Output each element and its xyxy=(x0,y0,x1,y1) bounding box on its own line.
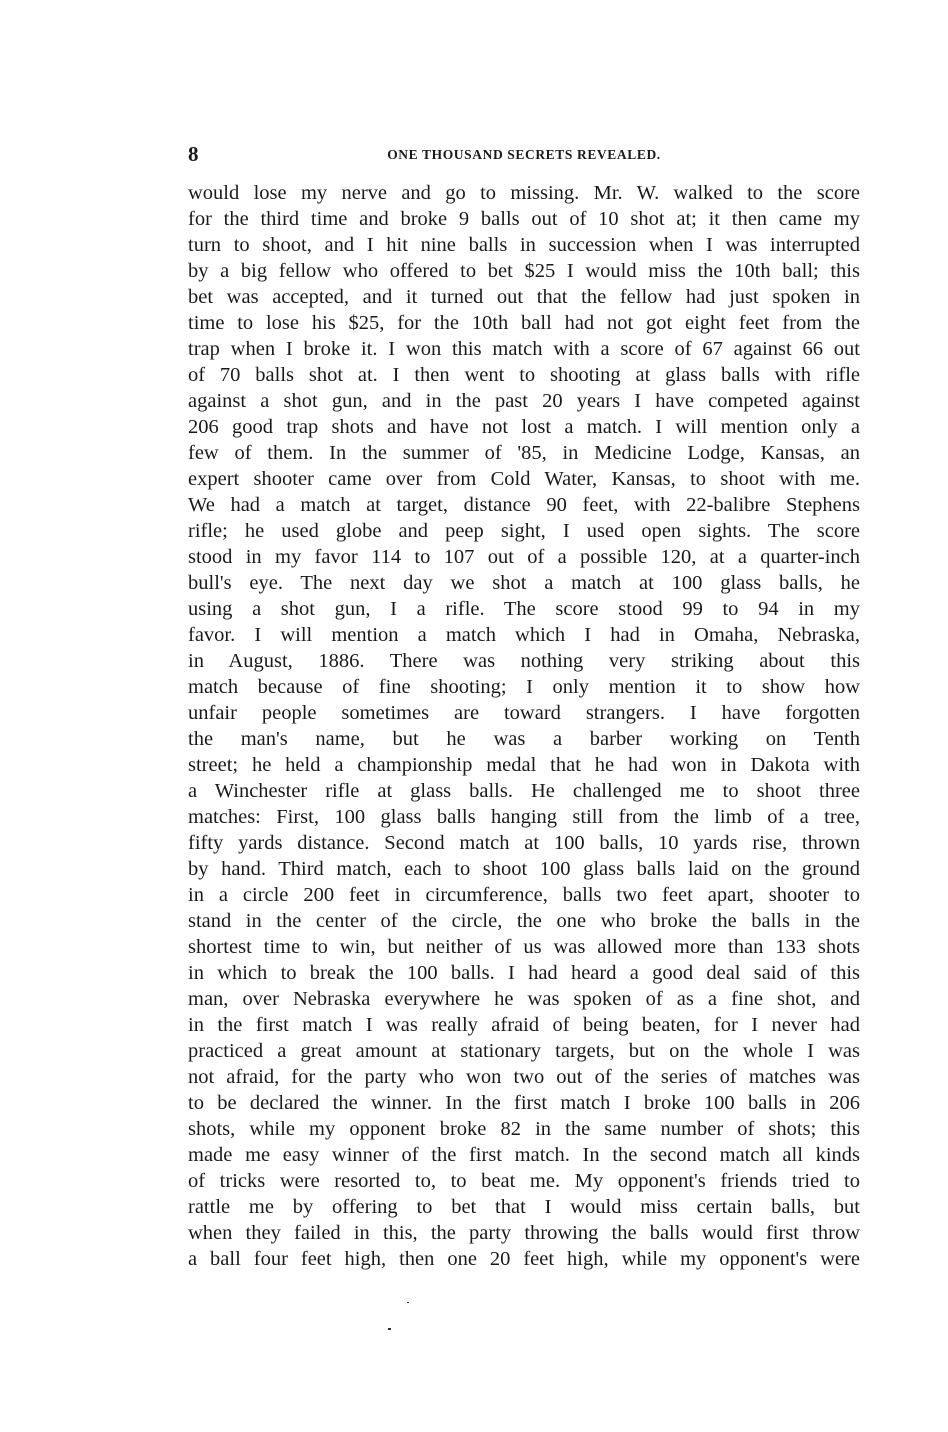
text-line: by hand. Third match, each to shoot 100 … xyxy=(188,856,860,882)
text-line: bet was accepted, and it turned out that… xyxy=(188,284,860,310)
text-line: shortest time to win, but neither of us … xyxy=(188,934,860,960)
text-line: in a circle 200 feet in circumference, b… xyxy=(188,882,860,908)
text-line: against a shot gun, and in the past 20 y… xyxy=(188,388,860,414)
text-line: would lose my nerve and go to missing. M… xyxy=(188,180,860,206)
text-line: using a shot gun, I a rifle. The score s… xyxy=(188,596,860,622)
text-line: when they failed in this, the party thro… xyxy=(188,1220,860,1246)
text-line: We had a match at target, distance 90 fe… xyxy=(188,492,860,518)
text-line: not afraid, for the party who won two ou… xyxy=(188,1064,860,1090)
text-line: bull's eye. The next day we shot a match… xyxy=(188,570,860,596)
text-line: rifle; he used globe and peep sight, I u… xyxy=(188,518,860,544)
text-line: in which to break the 100 balls. I had h… xyxy=(188,960,860,986)
text-line: fifty yards distance. Second match at 10… xyxy=(188,830,860,856)
text-line: of tricks were resorted to, to beat me. … xyxy=(188,1168,860,1194)
text-line: of 70 balls shot at. I then went to shoo… xyxy=(188,362,860,388)
text-line: stand in the center of the circle, the o… xyxy=(188,908,860,934)
text-line: street; he held a championship medal tha… xyxy=(188,752,860,778)
text-line: in the first match I was really afraid o… xyxy=(188,1012,860,1038)
text-line: a ball four feet high, then one 20 feet … xyxy=(188,1246,860,1272)
scan-speck xyxy=(388,1328,391,1330)
text-line: matches: First, 100 glass balls hanging … xyxy=(188,804,860,830)
text-line: trap when I broke it. I won this match w… xyxy=(188,336,860,362)
text-line: a Winchester rifle at glass balls. He ch… xyxy=(188,778,860,804)
text-line: stood in my favor 114 to 107 out of a po… xyxy=(188,544,860,570)
text-line: few of them. In the summer of '85, in Me… xyxy=(188,440,860,466)
text-line: time to lose his $25, for the 10th ball … xyxy=(188,310,860,336)
text-line: expert shooter came over from Cold Water… xyxy=(188,466,860,492)
text-line: turn to shoot, and I hit nine balls in s… xyxy=(188,232,860,258)
body-text: would lose my nerve and go to missing. M… xyxy=(188,180,860,1272)
text-line: unfair people sometimes are toward stran… xyxy=(188,700,860,726)
text-line: the man's name, but he was a barber work… xyxy=(188,726,860,752)
text-line: made me easy winner of the first match. … xyxy=(188,1142,860,1168)
scan-speck xyxy=(407,1302,409,1303)
text-line: for the third time and broke 9 balls out… xyxy=(188,206,860,232)
text-line: in August, 1886. There was nothing very … xyxy=(188,648,860,674)
text-line: by a big fellow who offered to bet $25 I… xyxy=(188,258,860,284)
text-line: practiced a great amount at stationary t… xyxy=(188,1038,860,1064)
text-line: to be declared the winner. In the first … xyxy=(188,1090,860,1116)
text-line: match because of fine shooting; I only m… xyxy=(188,674,860,700)
text-line: rattle me by offering to bet that I woul… xyxy=(188,1194,860,1220)
text-line: favor. I will mention a match which I ha… xyxy=(188,622,860,648)
text-line: shots, while my opponent broke 82 in the… xyxy=(188,1116,860,1142)
text-line: 206 good trap shots and have not lost a … xyxy=(188,414,860,440)
page-header: 8 ONE THOUSAND SECRETS REVEALED. xyxy=(188,142,860,166)
running-title: ONE THOUSAND SECRETS REVEALED. xyxy=(188,145,860,165)
text-line: man, over Nebraska everywhere he was spo… xyxy=(188,986,860,1012)
